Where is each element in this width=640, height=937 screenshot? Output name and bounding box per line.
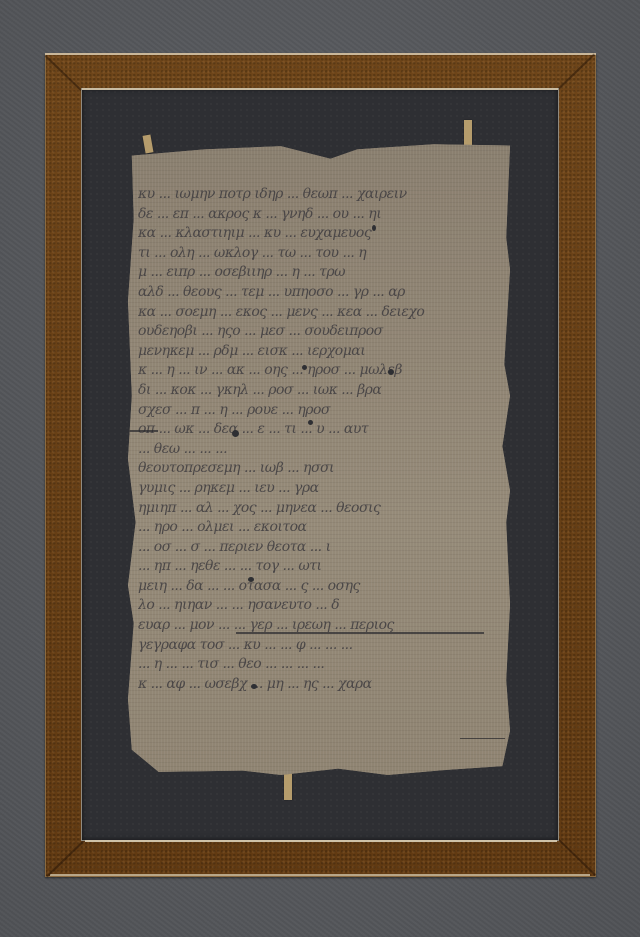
papyrus-text: κυ ... ιωμην ποτρ ιδηρ ... θεωπ ... χαιρ…: [138, 185, 503, 694]
papyrus-line: ... η ... ... τισ ... θεο ... ... ... ..…: [138, 655, 503, 675]
papyrus-line: κα ... σοεμη ... εκος ... μενς ... κεα .…: [138, 303, 503, 323]
papyrus-line: κ ... αφ ... ωσεβχ ... μη ... ης ... χαρ…: [138, 675, 503, 695]
papyrus-line: μενηκεμ ... ρδμ ... εισκ ... ιερχομαι: [138, 342, 503, 362]
papyrus-line: γυμις ... ρηκεμ ... ιευ ... γρα: [138, 479, 503, 499]
papyrus-line: ημιηπ ... αλ ... χος ... μηνεα ... θεοσι…: [138, 499, 503, 519]
papyrus-line: ουδεηοβι ... ηςο ... μεσ ... σουδειπροσ: [138, 322, 503, 342]
papyrus-line: κα ... κλαστιηιμ ... κυ ... ευχαμευος: [138, 224, 503, 244]
papyrus-line: δι ... κοκ ... γκηλ ... ροσ ... ιωκ ... …: [138, 381, 503, 401]
worm-hole: [308, 420, 313, 425]
papyrus-line: ... ηπ ... ηεθε ... ... τογ ... ωτι: [138, 557, 503, 577]
papyrus-line: σχεσ ... π ... η ... ρουε ... ηροσ: [138, 401, 503, 421]
papyrus-line: τι ... ολη ... ωκλογ ... τω ... του ... …: [138, 244, 503, 264]
papyrus-line: γεγραφα τοσ ... κυ ... ... φ ... ... ...: [138, 636, 503, 656]
papyrus-line: κ ... η ... ιν ... ακ ... οης ... ηροσ .…: [138, 361, 503, 381]
papyrus-sheet: κυ ... ιωμην ποτρ ιδηρ ... θεωπ ... χαιρ…: [128, 143, 510, 775]
glass-bottom-edge: [85, 840, 557, 842]
papyrus-line: ... οσ ... σ ... περιεν θεοτα ... ι: [138, 538, 503, 558]
frame-bottom-edge: [50, 874, 590, 876]
papyrus-line: ... ηρο ... ολμει ... εκοιτοα: [138, 518, 503, 538]
papyrus-line: λο ... ηιηαν ... ... ησανευτο ... δ: [138, 596, 503, 616]
edge-crack: [128, 430, 158, 432]
worm-hole: [248, 577, 254, 582]
worm-hole: [302, 365, 307, 370]
papyrus-line: αλδ ... θεους ... τεμ ... υπηοσο ... γρ …: [138, 283, 503, 303]
fibre-crack: [460, 738, 505, 739]
papyrus-line: οπ ... ωκ ... δεα ... ε ... τι ... υ ...…: [138, 420, 503, 440]
glass-top-edge: [82, 88, 558, 90]
worm-hole: [372, 225, 376, 231]
worm-hole: [251, 684, 257, 689]
papyrus-line: κυ ... ιωμην ποτρ ιδηρ ... θεωπ ... χαιρ…: [138, 185, 503, 205]
fibre-crack: [236, 632, 484, 634]
papyrus-line: μειη ... δα ... ... οτασα ... ς ... οσης: [138, 577, 503, 597]
papyrus-line: μ ... ειπρ ... οσεβιιηρ ... η ... τρω: [138, 263, 503, 283]
frame-top-edge: [45, 53, 596, 55]
papyrus-line: ... θεω ... ... ...: [138, 440, 503, 460]
papyrus-line: δε ... επ ... ακρος κ ... γνηδ ... ου ..…: [138, 205, 503, 225]
papyrus-line: θεουτοπρεσεμη ... ιωβ ... ησσι: [138, 459, 503, 479]
worm-hole: [388, 369, 394, 375]
worm-hole: [232, 430, 239, 437]
